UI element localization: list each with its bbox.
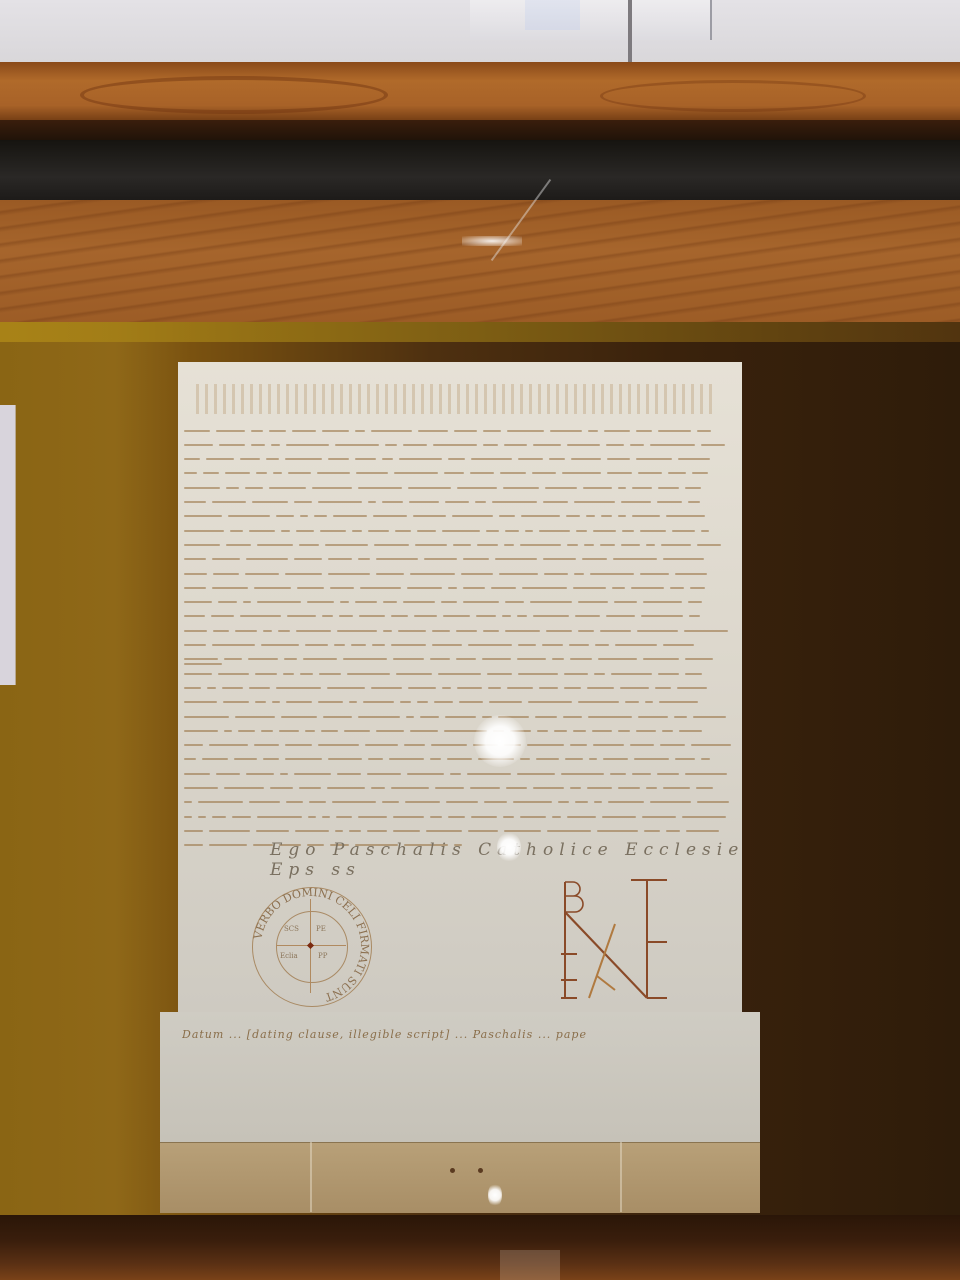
rota-quadrant-3: Eclia bbox=[280, 952, 298, 960]
case-bottom-rail bbox=[0, 1215, 960, 1280]
papal-privilege-document: Ego Paschalis Catholice Ecclesie Eps ss … bbox=[160, 362, 760, 1212]
text-line bbox=[184, 635, 742, 645]
text-line bbox=[184, 763, 742, 773]
text-line bbox=[184, 463, 742, 473]
text-line bbox=[184, 706, 742, 716]
text-line bbox=[184, 620, 742, 630]
text-line bbox=[184, 692, 742, 702]
text-line bbox=[184, 792, 742, 802]
text-line bbox=[184, 563, 742, 573]
rota-legend: VERBO DOMINI CELI FIRMATI SUNT bbox=[252, 887, 370, 1005]
text-line bbox=[184, 778, 742, 788]
acrylic-stand bbox=[470, 0, 712, 40]
text-line bbox=[184, 820, 742, 830]
lamp-reflection bbox=[474, 715, 526, 767]
rail-reflection bbox=[500, 1250, 560, 1280]
text-line bbox=[184, 549, 742, 559]
glass-glare-spot bbox=[462, 236, 522, 246]
text-line bbox=[184, 649, 742, 659]
fold-line bbox=[310, 1142, 312, 1212]
exhibit-label-card bbox=[0, 405, 16, 685]
text-line bbox=[184, 449, 742, 459]
lamp-reflection bbox=[488, 1183, 502, 1207]
text-line bbox=[184, 806, 742, 816]
text-line bbox=[184, 735, 742, 745]
case-back-panel bbox=[0, 200, 960, 325]
rota-legend-text: VERBO DOMINI CELI FIRMATI SUNT bbox=[252, 887, 370, 1004]
text-line bbox=[184, 420, 742, 430]
rota-quadrant-2: PE bbox=[316, 925, 326, 933]
rota-quadrant-1: SCS bbox=[284, 925, 299, 933]
seal-cord-hole bbox=[478, 1168, 483, 1173]
fold-line bbox=[620, 1142, 622, 1212]
text-line bbox=[184, 492, 742, 502]
glass-lid-reflection bbox=[0, 140, 960, 202]
wood-grain bbox=[600, 80, 866, 112]
text-line bbox=[184, 677, 742, 687]
text-line bbox=[184, 663, 742, 673]
seal-cord-hole bbox=[450, 1168, 455, 1173]
text-line bbox=[184, 520, 742, 530]
case-rail-edge bbox=[0, 120, 960, 142]
wood-grain bbox=[80, 76, 388, 114]
text-line bbox=[184, 577, 742, 587]
text-line bbox=[184, 434, 742, 444]
svg-text:VERBO DOMINI CELI FIRMATI SUNT: VERBO DOMINI CELI FIRMATI SUNT bbox=[252, 887, 370, 1004]
text-line bbox=[184, 606, 742, 616]
plica-fold bbox=[160, 1142, 760, 1213]
text-line bbox=[184, 592, 742, 602]
text-line bbox=[184, 477, 742, 487]
text-line bbox=[184, 506, 742, 516]
text-line bbox=[184, 749, 742, 759]
dating-clause: Datum ... [dating clause, illegible scri… bbox=[182, 1028, 752, 1041]
bene-valete-monogram bbox=[555, 872, 675, 1002]
text-line bbox=[184, 720, 742, 730]
rota-quadrant-4: PP bbox=[318, 952, 327, 960]
display-felt-edge bbox=[0, 322, 960, 342]
lamp-reflection bbox=[497, 832, 521, 862]
text-line bbox=[184, 534, 742, 544]
elongata-first-line bbox=[196, 384, 716, 414]
